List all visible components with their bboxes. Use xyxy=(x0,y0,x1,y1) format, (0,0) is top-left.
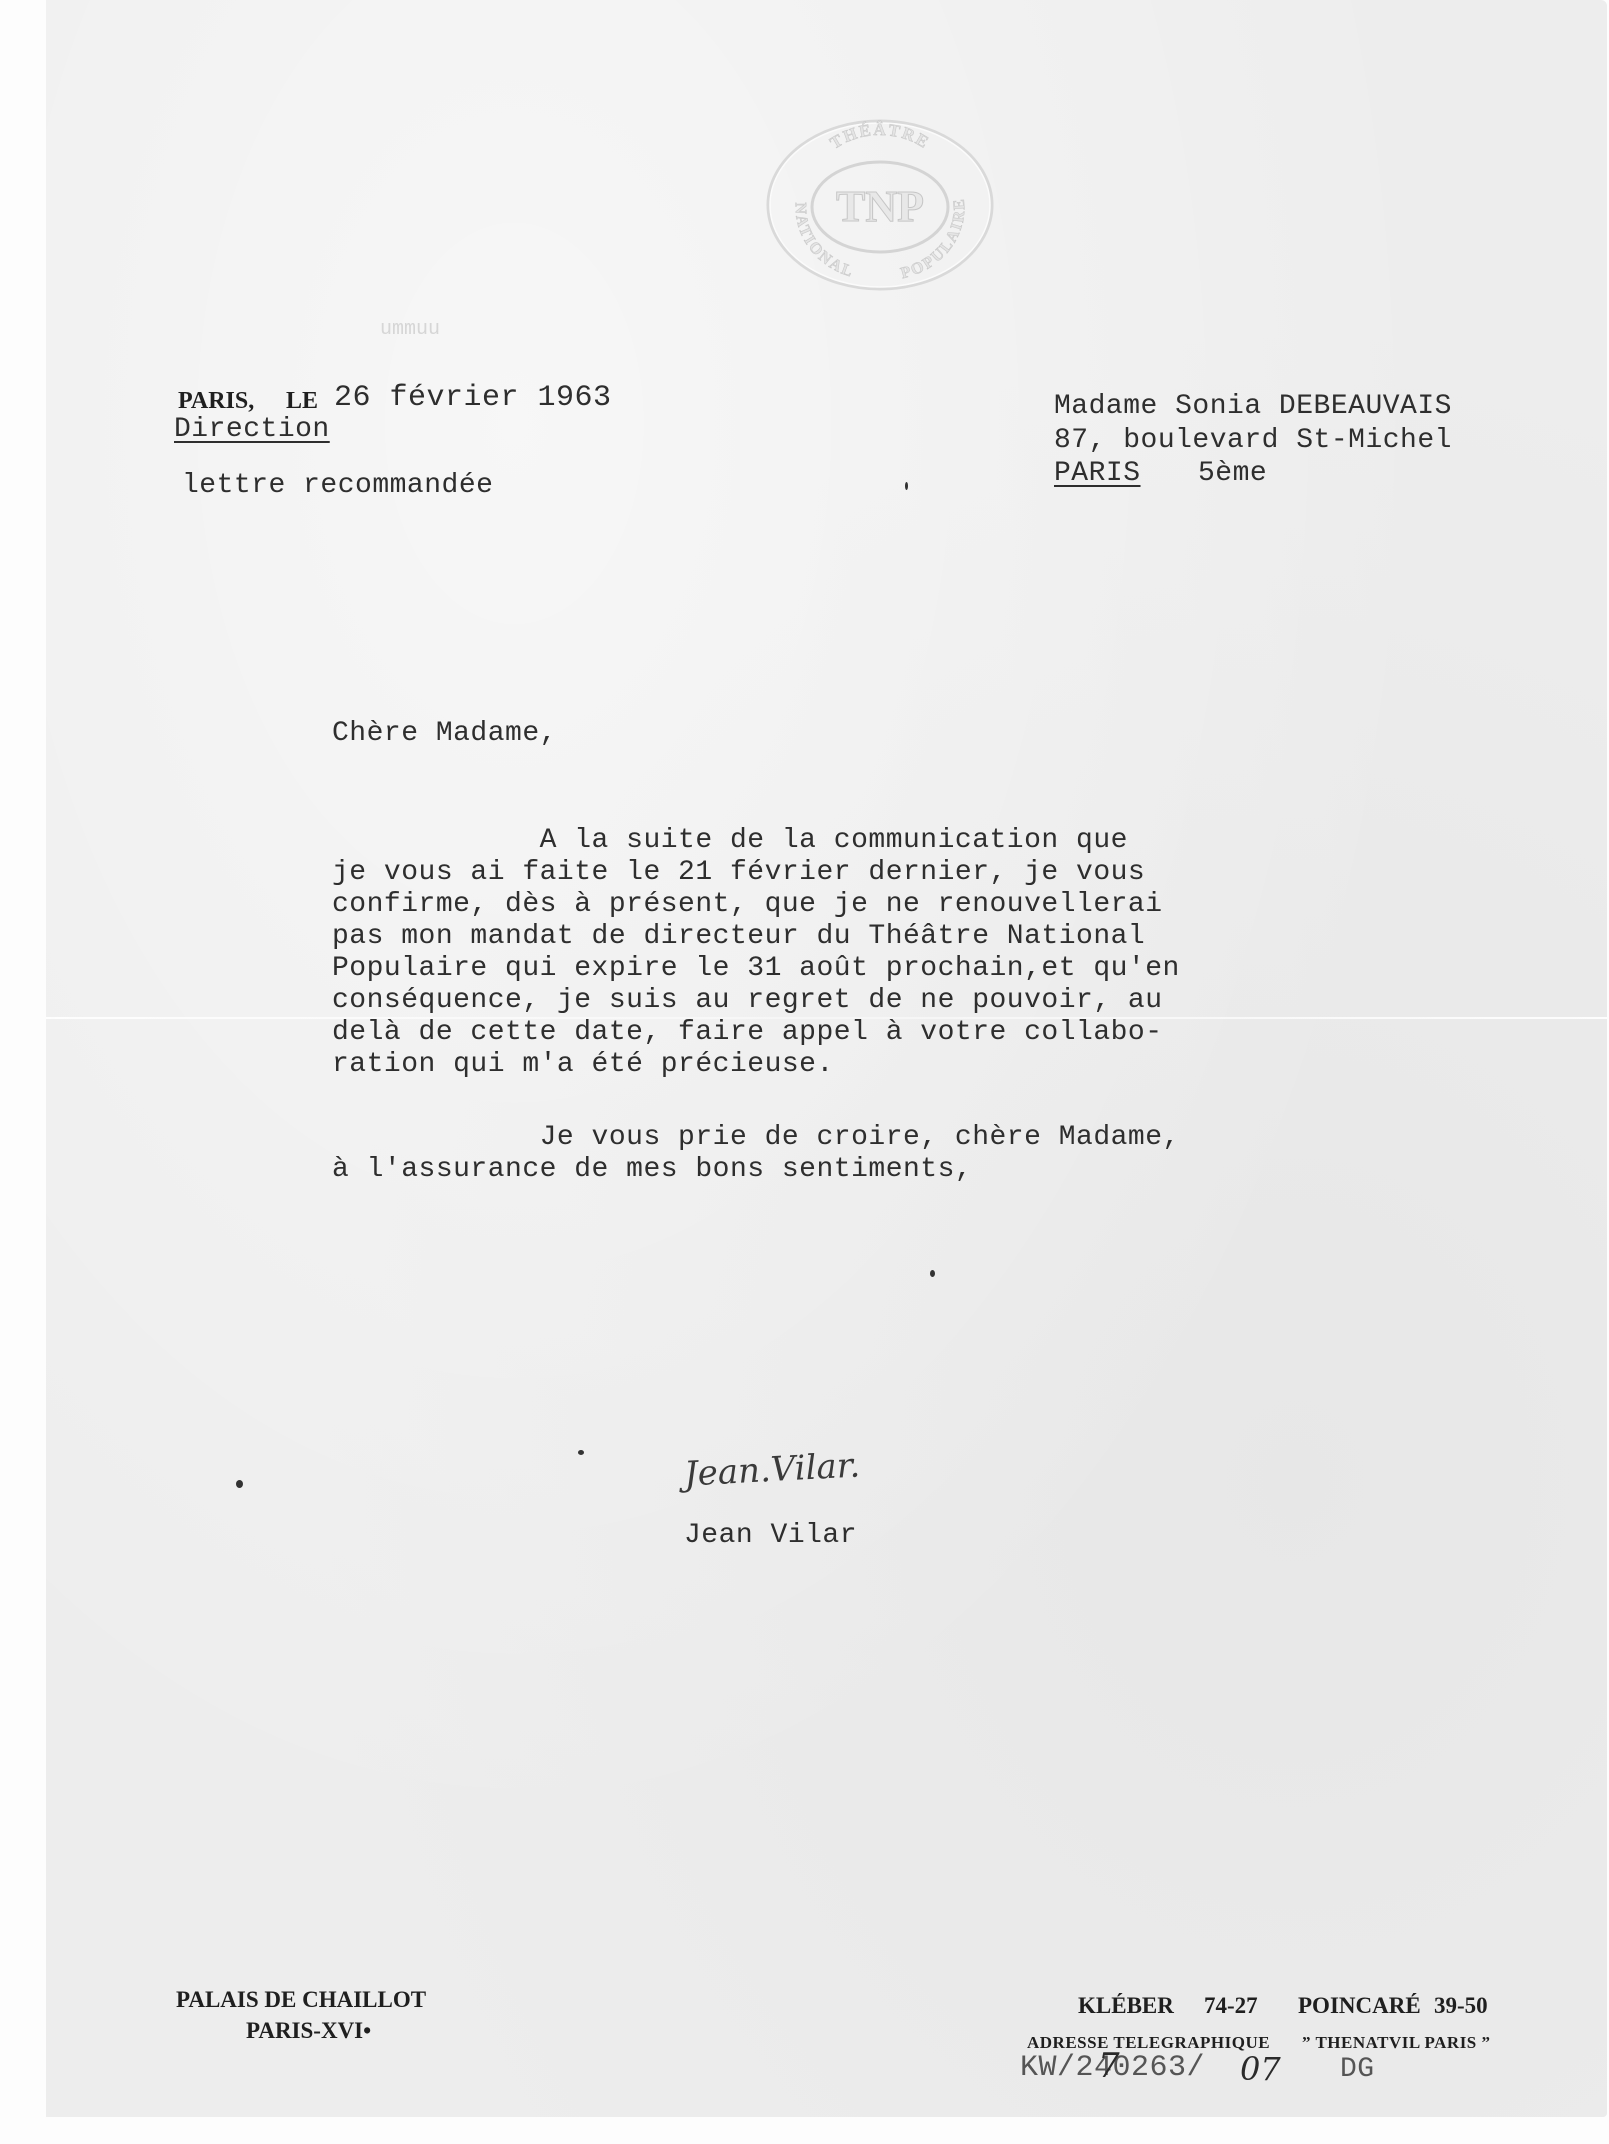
body-paragraph-2: Je vous prie de croire, chère Madame, à … xyxy=(332,1122,1180,1186)
body-line: pas mon mandat de directeur du Théâtre N… xyxy=(332,921,1180,953)
phone-1-label: KLÉBER xyxy=(1078,1993,1174,2019)
phone-2-number: 39-50 xyxy=(1434,1993,1488,2019)
ink-speck xyxy=(236,1480,243,1488)
letter-date: 26 février 1963 xyxy=(334,382,612,414)
ink-speck xyxy=(930,1270,935,1277)
body-line: confirme, dès à présent, que je ne renou… xyxy=(332,889,1180,921)
reference-correction: 7 xyxy=(1098,2046,1120,2086)
typed-signatory-name: Jean Vilar xyxy=(684,1520,857,1552)
body-paragraph-1: A la suite de la communication que je vo… xyxy=(332,825,1180,1081)
department-label: Direction xyxy=(174,414,330,446)
body-line: conséquence, je suis au regret de ne pou… xyxy=(332,985,1180,1017)
footer-address-line-2: PARIS-XVI• xyxy=(246,2018,371,2044)
bleed-through-mark: ummuu xyxy=(380,318,440,341)
phone-2-label: POINCARÉ xyxy=(1298,1993,1421,2019)
body-line: Populaire qui expire le 31 août prochain… xyxy=(332,953,1180,985)
telegraph-label: ADRESSE TELEGRAPHIQUE xyxy=(1027,2033,1270,2053)
place-prefix: PARIS, xyxy=(178,388,254,415)
recipient-district: 5ème xyxy=(1198,458,1267,490)
mail-type: lettre recommandée xyxy=(182,470,493,502)
body-line: delà de cette date, faire appel à votre … xyxy=(332,1017,1180,1049)
ink-speck xyxy=(578,1450,584,1455)
body-line: ration qui m'a été précieuse. xyxy=(332,1049,1180,1081)
phone-1-number: 74-27 xyxy=(1204,1993,1258,2019)
tnp-embossed-seal: THÉÂTRE NATIONAL POPULAIRE TNP xyxy=(760,115,1000,295)
body-line: A la suite de la communication que xyxy=(332,825,1180,857)
recipient-name: Madame Sonia DEBEAUVAIS xyxy=(1054,391,1452,423)
recipient-city: PARIS xyxy=(1054,458,1141,490)
salutation: Chère Madame, xyxy=(332,718,557,750)
closing-line: à l'assurance de mes bons sentiments, xyxy=(332,1154,1180,1186)
date-prefix: LE xyxy=(286,388,318,415)
body-line: je vous ai faite le 21 février dernier, … xyxy=(332,857,1180,889)
reference-initials: DG xyxy=(1340,2054,1375,2086)
recipient-street: 87, boulevard St-Michel xyxy=(1054,425,1452,457)
footer-address-line-1: PALAIS DE CHAILLOT xyxy=(176,1987,426,2013)
seal-emblem-icon: THÉÂTRE NATIONAL POPULAIRE TNP xyxy=(760,115,1000,295)
telegraph-address: ” THENATVIL PARIS ” xyxy=(1302,2033,1491,2053)
svg-text:TNP: TNP xyxy=(836,182,924,231)
reference-suffix: 07 xyxy=(1240,2050,1281,2088)
ink-speck xyxy=(905,482,908,490)
closing-line: Je vous prie de croire, chère Madame, xyxy=(332,1122,1180,1154)
